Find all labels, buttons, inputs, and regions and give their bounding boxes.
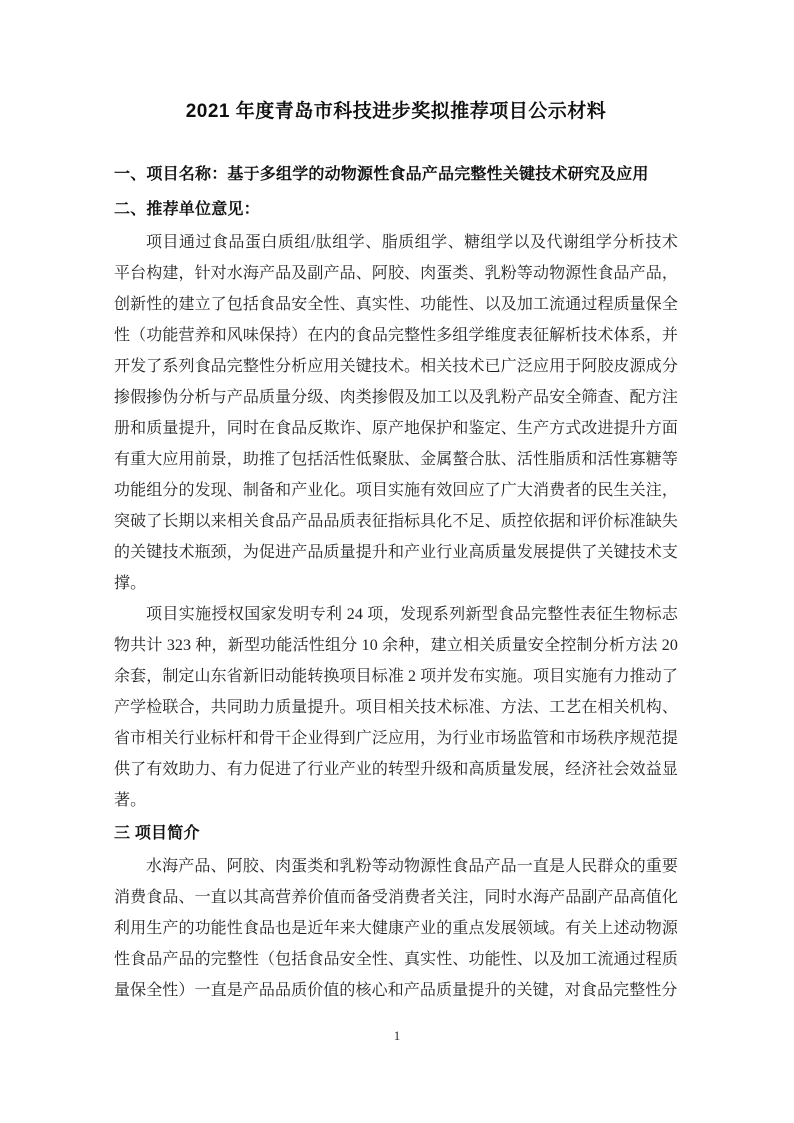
section-1-heading: 一、项目名称：基于多组学的动物源性食品产品完整性关键技术研究及应用 bbox=[114, 157, 678, 192]
section-3-paragraph-1: 水海产品、阿胶、肉蛋类和乳粉等动物源性食品产品一直是人民群众的重要消费食品、一直… bbox=[114, 851, 678, 1006]
page-number: 1 bbox=[0, 1028, 794, 1044]
document-title: 2021 年度青岛市科技进步奖拟推荐项目公示材料 bbox=[114, 97, 678, 127]
section-2-paragraph-2: 项目实施授权国家发明专利 24 项，发现系列新型食品完整性表征生物标志物共计 3… bbox=[114, 599, 678, 816]
section-3-heading: 三 项目简介 bbox=[114, 816, 678, 851]
section-2-heading: 二、推荐单位意见： bbox=[114, 192, 678, 227]
document-page: 2021 年度青岛市科技进步奖拟推荐项目公示材料 一、项目名称：基于多组学的动物… bbox=[0, 0, 794, 1123]
section-2-paragraph-1: 项目通过食品蛋白质组/肽组学、脂质组学、糖组学以及代谢组学分析技术平台构建，针对… bbox=[114, 227, 678, 599]
